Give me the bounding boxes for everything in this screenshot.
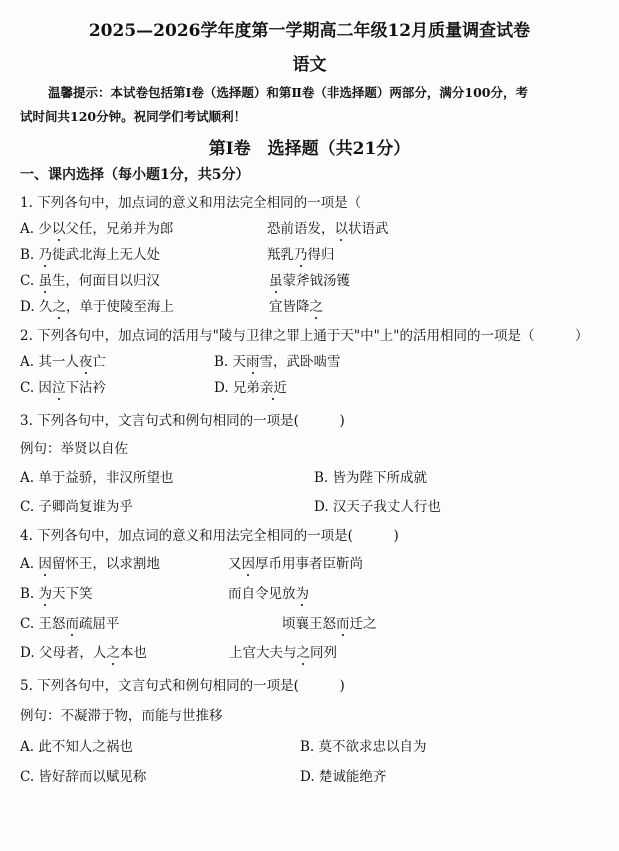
q1-option-a-right: 恐前语发，以状语武: [267, 217, 389, 237]
q2-option-b: B. 天雨雪，武卧啮雪: [214, 350, 341, 370]
text: B.: [20, 586, 39, 602]
text: A. 少: [20, 221, 52, 237]
text: B.: [20, 247, 39, 263]
question-4-stem: 4. 下列各句中，加点词的意义和用法完全相同的一项是( ): [20, 524, 399, 544]
question-3-stem: 3. 下列各句中，文言句式和例句相同的一项是( ): [20, 409, 345, 429]
question-5-stem: 5. 下列各句中，文言句式和例句相同的一项是( ): [20, 674, 345, 694]
q5-example: 例句：不凝滞于物，而能与世推移: [20, 704, 223, 724]
dotted-word: 之: [297, 641, 311, 661]
question-2-stem: 2. 下列各句中，加点词的活用与"陵与卫律之罪上通于天"中"上"的活用相同的一项…: [20, 324, 589, 344]
dotted-word: 因: [38, 552, 52, 572]
q1-option-d-left: D. 久之，单于使陵至海上: [20, 295, 174, 315]
text: D. 兄弟: [214, 380, 260, 396]
text: 生，何面目以归汉: [52, 273, 160, 289]
part-title: 第Ⅰ卷 选择题（共21分）: [0, 134, 619, 159]
dotted-word: 而: [336, 612, 350, 632]
dotted-word: 虽: [269, 269, 283, 289]
text: A. 其一人: [20, 354, 79, 370]
q1-option-a-left: A. 少以父任，兄弟并为郎: [20, 217, 173, 237]
text: 雪，武卧啮雪: [260, 354, 341, 370]
q4-option-a-right: 又因厚币用事者臣靳尚: [228, 552, 363, 572]
dotted-word: 为: [296, 582, 310, 602]
dotted-word: 乃: [294, 243, 308, 263]
dotted-word: 以: [52, 217, 66, 237]
text: 留怀王，以求割地: [52, 556, 160, 572]
q5-option-c: C. 皆好辞而以赋见称: [20, 765, 146, 785]
dotted-word: 乃: [39, 243, 53, 263]
q4-option-a-left: A. 因留怀王，以求割地: [20, 552, 160, 572]
q1-option-c-right: 虽蒙斧钺汤镬: [269, 269, 350, 289]
q4-option-d-right: 上官大夫与之同列: [229, 641, 337, 661]
dotted-word: 为: [39, 582, 53, 602]
q4-option-d-left: D. 父母者，人之本也: [20, 641, 147, 661]
text: 厚币用事者臣靳尚: [255, 556, 363, 572]
q3-option-b: B. 皆为陛下所成就: [314, 466, 427, 486]
q2-option-a: A. 其一人夜亡: [20, 350, 106, 370]
q3-option-c: C. 子卿尚复谁为乎: [20, 495, 133, 515]
text: 父任，兄弟并为郎: [65, 221, 173, 237]
text: 蒙斧钺汤镬: [283, 273, 351, 289]
q5-option-d: D. 楚诚能绝齐: [300, 765, 386, 785]
q4-option-b-right: 而自令见放为: [228, 582, 309, 602]
text: 同列: [310, 645, 337, 661]
q4-option-b-left: B. 为天下笑: [20, 582, 93, 602]
text: 恐前语发，: [267, 221, 335, 237]
text: 羝乳: [267, 247, 294, 263]
text: 天下笑: [52, 586, 93, 602]
text: 上官大夫与: [229, 645, 297, 661]
text: 状语武: [348, 221, 389, 237]
dotted-word: 雨: [246, 350, 260, 370]
text: A.: [20, 556, 38, 572]
text: 亡: [92, 354, 106, 370]
dotted-word: 之: [52, 295, 66, 315]
q1-option-b-right: 羝乳乃得归: [267, 243, 335, 263]
dotted-word: 亲近: [260, 376, 287, 396]
q3-option-a: A. 单于益骄，非汉所望也: [20, 466, 173, 486]
q3-option-d: D. 汉天子我丈人行也: [314, 495, 441, 515]
exam-title: 2025—2026学年度第一学期高二年级12月质量调查试卷: [0, 16, 619, 41]
text: 得归: [308, 247, 335, 263]
q1-option-b-left: B. 乃徙武北海上无人处: [20, 243, 160, 263]
text: 徙武北海上无人处: [52, 247, 160, 263]
dotted-word: 以: [335, 217, 349, 237]
subject-title: 语文: [0, 50, 619, 75]
dotted-word: 泣: [52, 376, 66, 396]
dotted-word: 因: [242, 552, 256, 572]
dotted-word: 之: [310, 295, 324, 315]
dotted-word: 夜: [79, 350, 93, 370]
notice-line-2: 试时间共120分钟。祝同学们考试顺利！: [20, 107, 246, 125]
text: 顷襄王怒: [282, 616, 336, 632]
text: 宜皆降: [269, 299, 310, 315]
text: C.: [20, 273, 38, 289]
q2-option-d: D. 兄弟亲近: [214, 376, 287, 396]
q1-option-d-right: 宜皆降之: [269, 295, 323, 315]
text: 下沾衿: [65, 380, 106, 396]
text: D. 久: [20, 299, 52, 315]
notice-line-1: 温馨提示：本试卷包括第Ⅰ卷（选择题）和第Ⅱ卷（非选择题）两部分，满分100分，考: [48, 83, 528, 101]
text: D. 父母者，人: [20, 645, 106, 661]
q1-option-c-left: C. 虽生，何面目以归汉: [20, 269, 160, 289]
text: 而自令见放: [228, 586, 296, 602]
text: 又: [228, 556, 242, 572]
section-heading: 一、课内选择（每小题1分，共5分）: [20, 164, 249, 184]
dotted-word: 而: [65, 612, 79, 632]
text: 迁之: [350, 616, 377, 632]
text: B. 天: [214, 354, 246, 370]
dotted-word: 之: [106, 641, 120, 661]
q4-option-c-left: C. 王怒而疏屈平: [20, 612, 119, 632]
text: 疏屈平: [79, 616, 120, 632]
q5-option-b: B. 莫不欲求忠以自为: [300, 735, 427, 755]
question-1-stem: 1. 下列各句中，加点词的意义和用法完全相同的一项是（: [20, 191, 361, 211]
text: ，单于使陵至海上: [66, 299, 174, 315]
q2-option-c: C. 因泣下沾衿: [20, 376, 106, 396]
q3-example: 例句：举贤以自佐: [20, 437, 128, 457]
text: 本也: [120, 645, 147, 661]
q5-option-a: A. 此不知人之祸也: [20, 735, 133, 755]
dotted-word: 虽: [38, 269, 52, 289]
q4-option-c-right: 顷襄王怒而迁之: [282, 612, 377, 632]
text: C. 因: [20, 380, 52, 396]
text: C. 王怒: [20, 616, 65, 632]
